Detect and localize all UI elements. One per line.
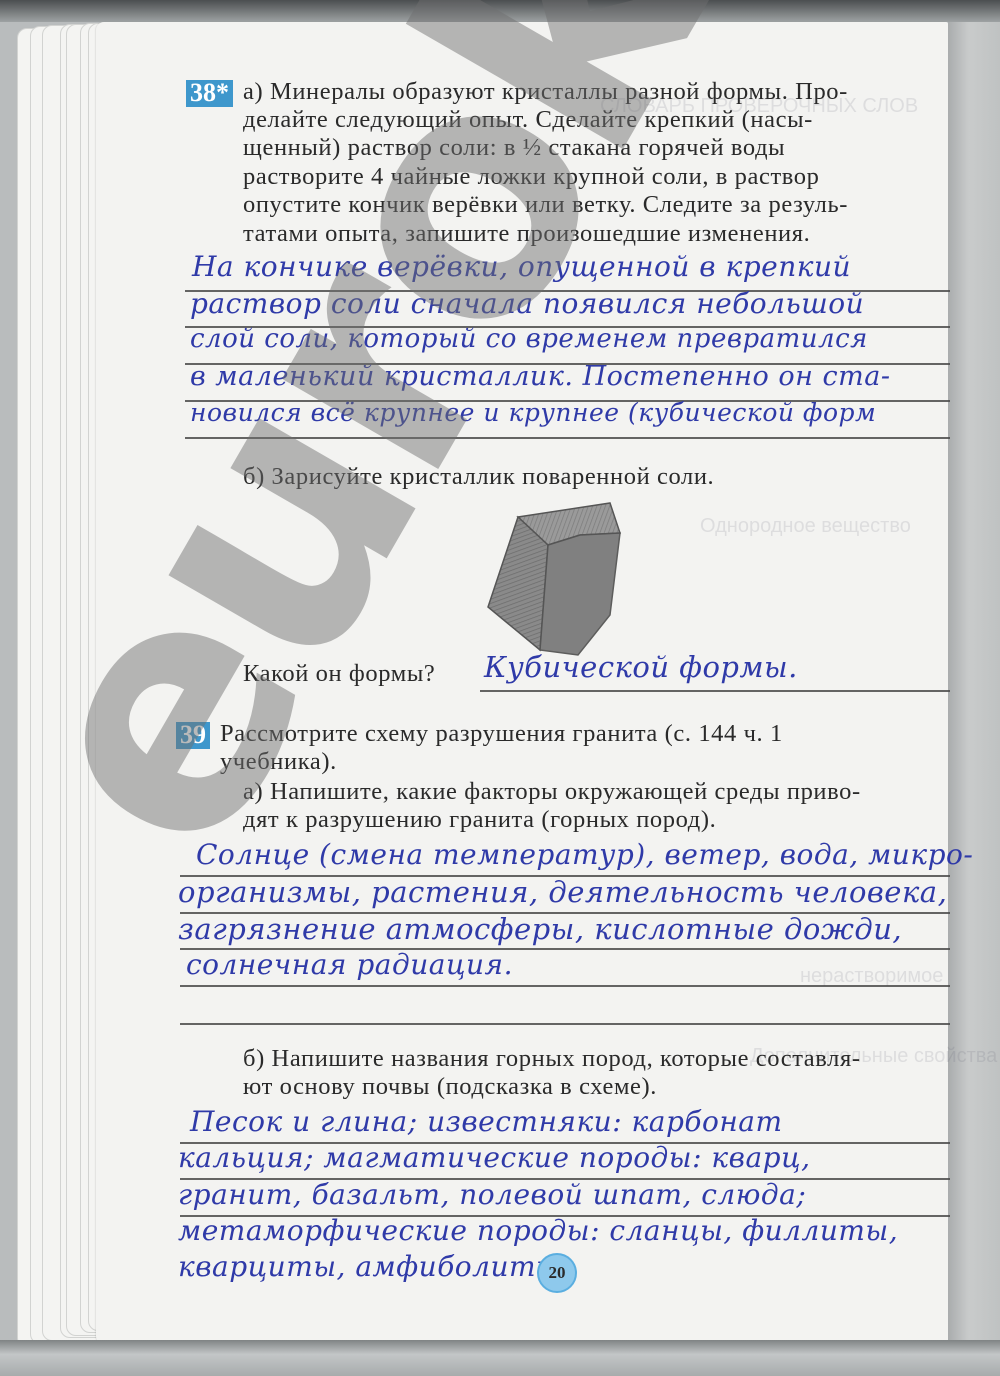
scan-backdrop-bottom	[0, 1340, 1000, 1376]
salt-crystal-drawing	[460, 495, 635, 665]
task38-part-b-label: б) Зарисуйте кристаллик поваренной соли.	[243, 463, 714, 491]
task-number-badge: 38*	[186, 80, 233, 107]
answer-line	[180, 1023, 950, 1025]
shape-question: Какой он формы?	[243, 660, 435, 688]
shape-answer: Кубической формы.	[484, 650, 798, 684]
answer-line	[180, 985, 950, 987]
answer-line	[185, 437, 950, 439]
page-number: 20	[537, 1253, 577, 1293]
bleed-through-text: Однородное вещество	[700, 515, 911, 538]
answer-line	[480, 690, 950, 692]
scan-backdrop-top	[0, 0, 1000, 22]
task-number-badge: 39	[176, 722, 210, 749]
page-binding-shadow	[948, 22, 1000, 1344]
